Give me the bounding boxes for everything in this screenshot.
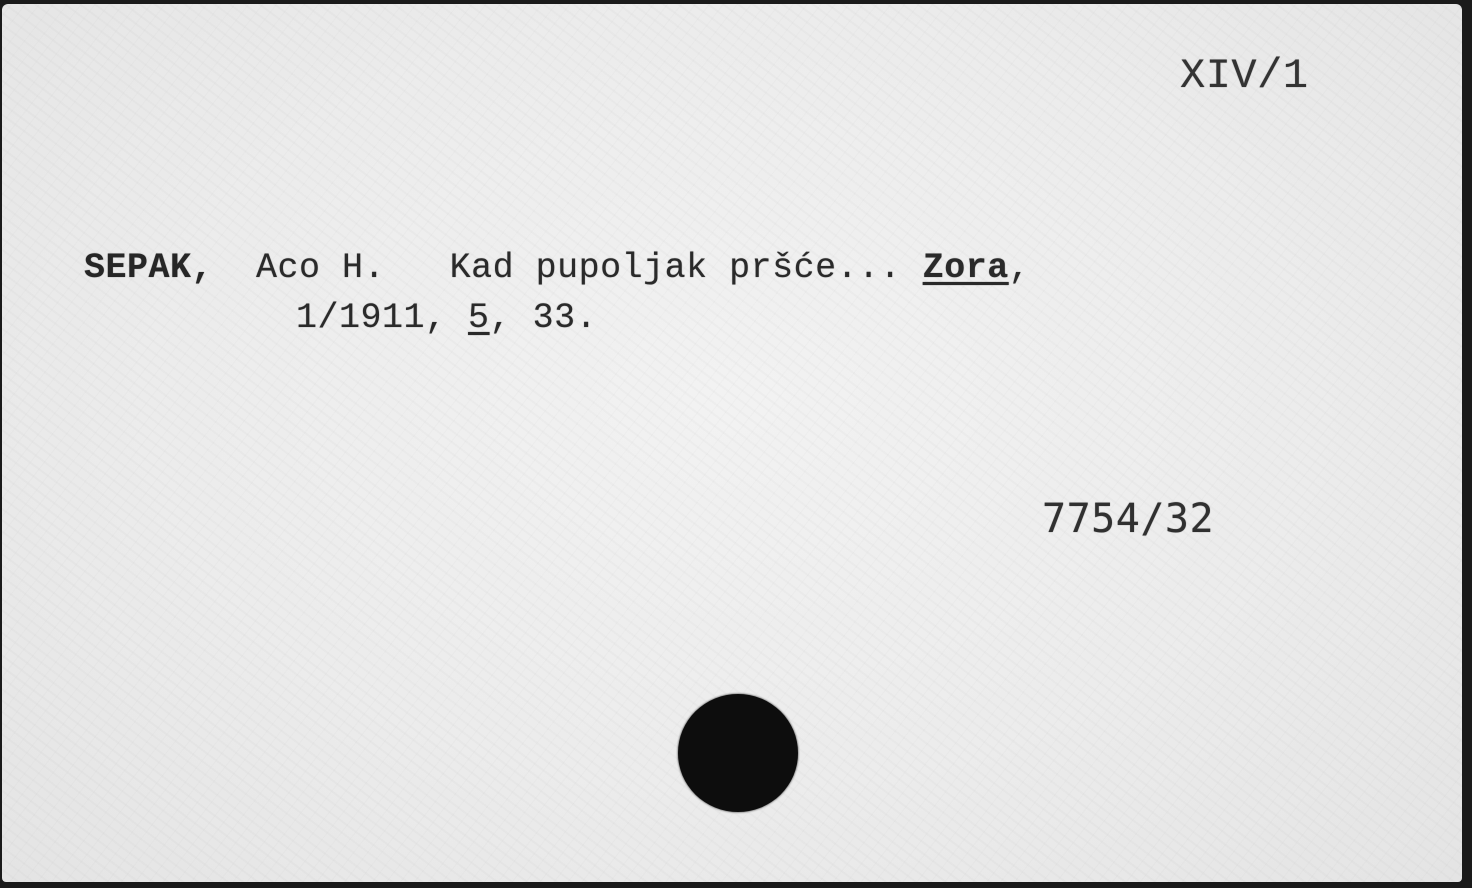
entry-line-1: SEPAK, Aco H. Kad pupoljak pršće... Zora… <box>84 248 1030 288</box>
issue-date: 1/1911, <box>296 298 447 338</box>
catalog-card: XIV/1 SEPAK, Aco H. Kad pupoljak pršće..… <box>2 4 1462 882</box>
author-given-name: Aco H. <box>256 248 385 288</box>
journal-name: Zora <box>923 248 1009 288</box>
page-separator: , <box>490 298 512 338</box>
shelfmark: XIV/1 <box>1180 52 1309 100</box>
author-surname: SEPAK, <box>84 248 213 288</box>
filing-hole-icon <box>678 694 798 812</box>
volume-number: 5 <box>468 298 490 338</box>
accession-number: 7754/32 <box>1042 496 1214 542</box>
journal-suffix: , <box>1009 248 1031 288</box>
page-numbers: 33. <box>533 298 598 338</box>
entry-line-2: 1/1911, 5, 33. <box>296 298 597 338</box>
article-title: Kad pupoljak pršće... <box>450 248 902 288</box>
